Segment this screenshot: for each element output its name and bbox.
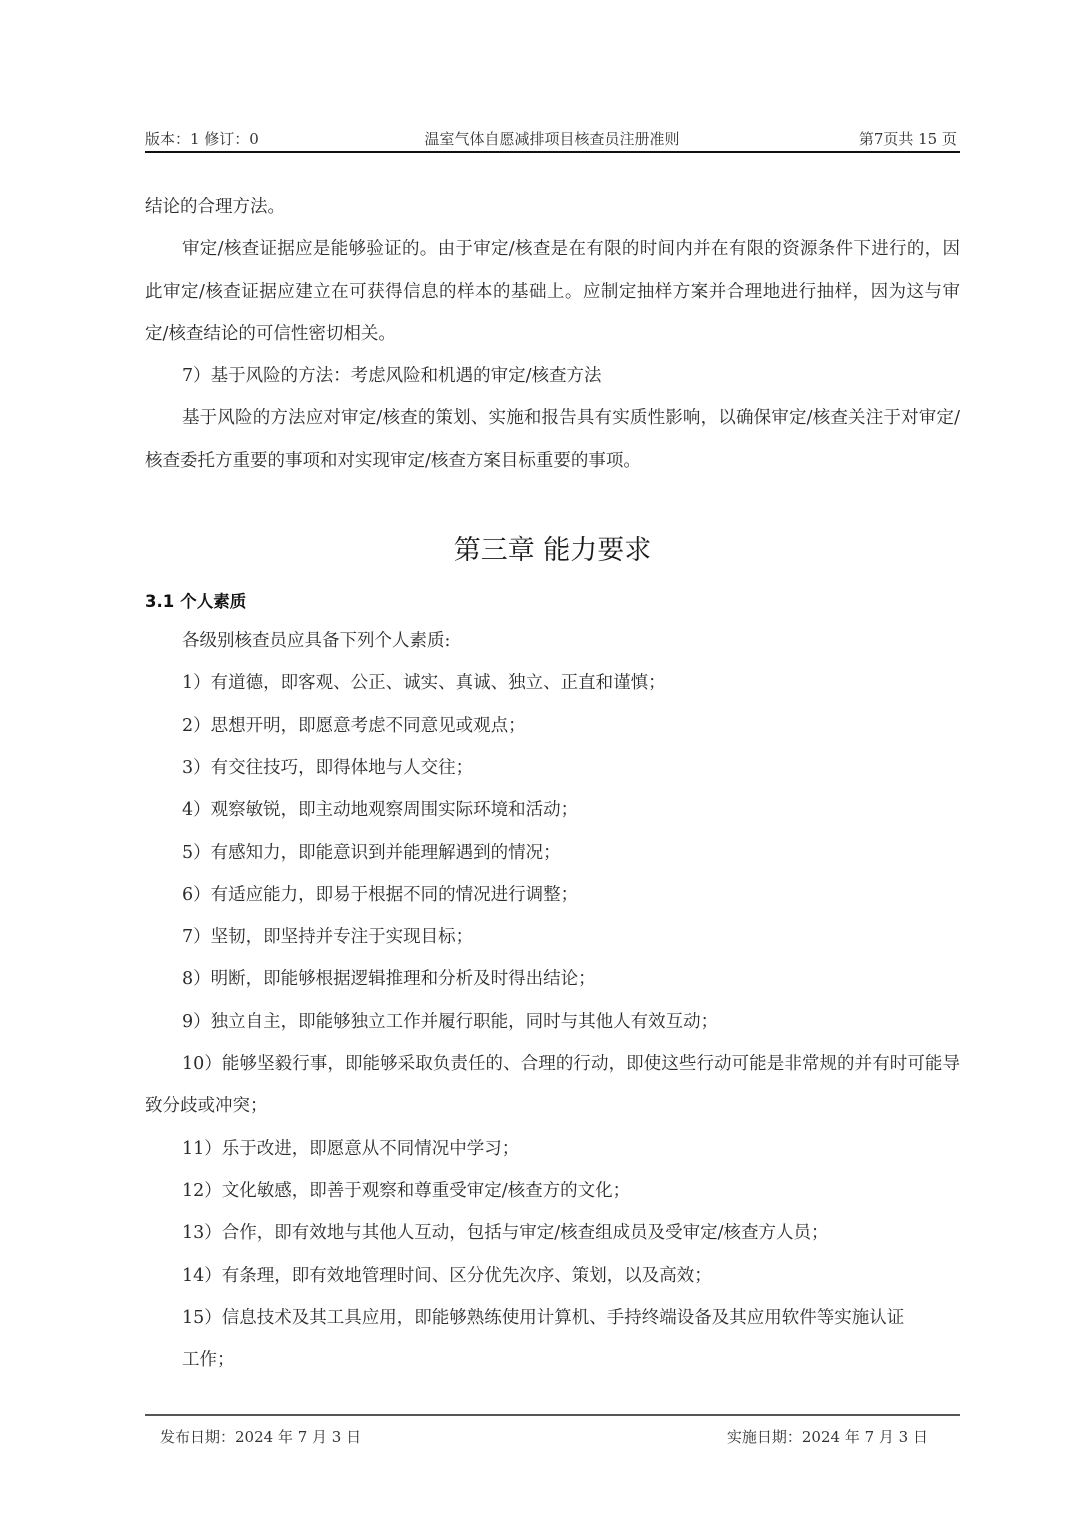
section-title: 个人素质 xyxy=(180,592,246,611)
list-item: 12）文化敏感，即善于观察和尊重受审定/核查方的文化； xyxy=(145,1170,960,1212)
list-item: 5）有感知力，即能意识到并能理解遇到的情况； xyxy=(145,832,960,874)
list-item-continuation: 工作； xyxy=(145,1339,960,1381)
list-item: 10）能够坚毅行事，即能够采取负责任的、合理的行动，即使这些行动可能是非常规的并… xyxy=(145,1043,960,1128)
principle-7-paragraph: 基于风险的方法应对审定/核查的策划、实施和报告具有实质性影响，以确保审定/核查关… xyxy=(145,397,960,482)
list-item: 11）乐于改进，即愿意从不同情况中学习； xyxy=(145,1128,960,1170)
list-item: 3）有交往技巧，即得体地与人交往； xyxy=(145,747,960,789)
qualities-list: 1）有道德，即客观、公正、诚实、真诚、独立、正直和谨慎； 2）思想开明，即愿意考… xyxy=(145,662,960,1381)
list-item: 9）独立自主，即能够独立工作并履行职能，同时与其他人有效互动； xyxy=(145,1001,960,1043)
principle-7-heading: 7）基于风险的方法：考虑风险和机遇的审定/核查方法 xyxy=(145,355,960,397)
list-item: 1）有道德，即客观、公正、诚实、真诚、独立、正直和谨慎； xyxy=(145,662,960,704)
list-item: 2）思想开明，即愿意考虑不同意见或观点； xyxy=(145,705,960,747)
page-number: 第7页共 15 页 xyxy=(859,128,957,149)
header-divider xyxy=(145,151,960,153)
section-heading: 3.1个人素质 xyxy=(145,584,960,620)
page-header: 版本：1 修订：0 温室气体自愿减排项目核查员注册准则 第7页共 15 页 xyxy=(145,128,959,150)
continuation-text: 结论的合理方法。 xyxy=(145,186,960,228)
effective-date: 实施日期：2024 年 7 月 3 日 xyxy=(727,1426,928,1447)
page-body: 结论的合理方法。 审定/核查证据应是能够验证的。由于审定/核查是在有限的时间内并… xyxy=(145,186,960,1381)
list-item: 7）坚韧，即坚持并专注于实现目标； xyxy=(145,916,960,958)
document-title: 温室气体自愿减排项目核查员注册准则 xyxy=(145,128,959,149)
list-item: 8）明断，即能够根据逻辑推理和分析及时得出结论； xyxy=(145,958,960,1000)
list-item: 6）有适应能力，即易于根据不同的情况进行调整； xyxy=(145,874,960,916)
section-number: 3.1 xyxy=(145,592,174,611)
footer-divider xyxy=(145,1414,960,1416)
list-item: 13）合作，即有效地与其他人互动，包括与审定/核查组成员及受审定/核查方人员； xyxy=(145,1212,960,1254)
list-item: 4）观察敏锐，即主动地观察周围实际环境和活动； xyxy=(145,789,960,831)
publish-date: 发布日期：2024 年 7 月 3 日 xyxy=(160,1426,361,1447)
page-footer: 发布日期：2024 年 7 月 3 日 实施日期：2024 年 7 月 3 日 xyxy=(145,1426,960,1448)
evidence-paragraph: 审定/核查证据应是能够验证的。由于审定/核查是在有限的时间内并在有限的资源条件下… xyxy=(145,228,960,355)
spacer xyxy=(145,482,960,518)
list-item: 15）信息技术及其工具应用，即能够熟练使用计算机、手持终端设备及其应用软件等实施… xyxy=(145,1297,960,1339)
list-item: 14）有条理，即有效地管理时间、区分优先次序、策划，以及高效； xyxy=(145,1255,960,1297)
chapter-title: 第三章 能力要求 xyxy=(145,518,960,584)
section-intro: 各级别核查员应具备下列个人素质: xyxy=(145,620,960,662)
